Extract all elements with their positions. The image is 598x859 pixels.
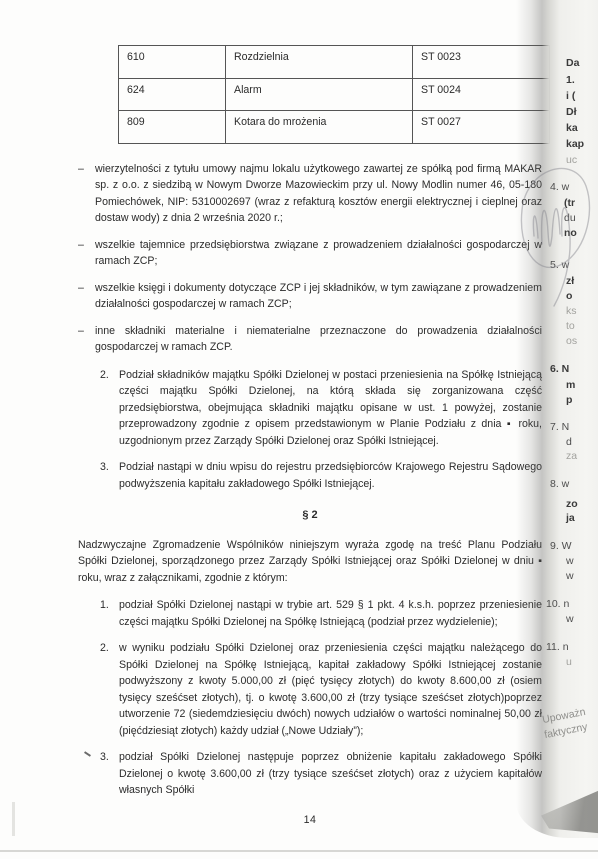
side-fragment: 8. w <box>550 478 569 490</box>
table-row: 610 Rozdzielnia ST 0023 <box>119 46 550 79</box>
side-fragment: 7. N <box>550 421 569 433</box>
page-number: 14 <box>78 812 542 829</box>
side-fragment: d <box>566 436 572 448</box>
bullet-item: – inne składniki materialne i niemateria… <box>78 323 542 356</box>
table-row: 624 Alarm ST 0024 <box>119 78 550 111</box>
side-fragment: w <box>566 555 574 567</box>
item-text: Podział nastąpi w dniu wpisu do rejestru… <box>119 459 542 492</box>
item-text: Podział składników majątku Spółki Dzielo… <box>119 367 542 450</box>
side-fragment: u <box>566 656 572 668</box>
bullet-text: inne składniki materialne i niematerialn… <box>95 323 542 356</box>
side-fragment: 10. n <box>546 598 569 610</box>
side-fragment: m <box>566 379 575 391</box>
side-fragment: to <box>566 320 575 332</box>
bullet-item: – wszelkie księgi i dokumenty dotyczące … <box>78 280 542 313</box>
item-text: w wyniku podziału Spółki Dzielonej oraz … <box>119 640 542 739</box>
side-fragment: ja <box>566 512 575 524</box>
side-fragment: Dł <box>566 106 577 118</box>
side-fragment: zo <box>566 498 578 510</box>
numbered-list-2: 1. podział Spółki Dzielonej nastąpi w tr… <box>100 597 542 799</box>
item-text: podział Spółki Dzielonej nastąpi w trybi… <box>119 597 542 630</box>
numbered-item: 2. w wyniku podziału Spółki Dzielonej or… <box>100 640 542 739</box>
numbered-item: 2. Podział składników majątku Spółki Dzi… <box>100 367 542 450</box>
scan-smudge <box>12 802 15 836</box>
side-fragment: ka <box>566 122 578 134</box>
item-number: 1. <box>100 597 119 630</box>
bullet-text: wszelkie księgi i dokumenty dotyczące ZC… <box>95 280 542 313</box>
dash-marker: – <box>78 237 95 270</box>
scan-bottom-edge-line <box>0 850 598 852</box>
item-text: podział Spółki Dzielonej następuje poprz… <box>119 749 542 799</box>
side-fragment: os <box>566 335 577 347</box>
bullet-list: – wierzytelności z tytułu umowy najmu lo… <box>78 161 542 356</box>
section-intro: Nadzwyczajne Zgromadzenie Wspólników nin… <box>78 537 542 587</box>
side-fragment: w <box>566 570 574 582</box>
side-fragment: 1. <box>566 74 575 86</box>
bullet-text: wszelkie tajemnice przedsiębiorstwa zwią… <box>95 237 542 270</box>
document-body: 610 Rozdzielnia ST 0023 624 Alarm ST 002… <box>78 45 542 828</box>
item-number: 2. <box>100 640 119 739</box>
item-number: 3. <box>100 749 119 799</box>
page-curl: Da 1. i ( Dł ka kap uc 4. w (tr du no 5.… <box>516 0 598 838</box>
numbered-item: 1. podział Spółki Dzielonej nastąpi w tr… <box>100 597 542 630</box>
signature-scribble <box>508 140 598 320</box>
item-number: 2. <box>100 367 119 450</box>
item-number: 3. <box>100 459 119 492</box>
section-heading: § 2 <box>78 507 542 524</box>
cell-asset-id: 610 <box>119 46 226 79</box>
side-fragment: za <box>566 450 577 462</box>
bullet-text: wierzytelności z tytułu umowy najmu loka… <box>95 161 542 227</box>
side-fragment: 9. W <box>550 540 572 552</box>
table-row: 809 Kotara do mrożenia ST 0027 <box>119 111 550 144</box>
cell-asset-name: Rozdzielnia <box>226 46 413 79</box>
bullet-item: – wierzytelności z tytułu umowy najmu lo… <box>78 161 542 227</box>
dash-marker: – <box>78 280 95 313</box>
numbered-item: 3. podział Spółki Dzielonej następuje po… <box>100 749 542 799</box>
side-fragment: 6. N <box>550 363 569 375</box>
scanned-document-page: 610 Rozdzielnia ST 0023 624 Alarm ST 002… <box>0 0 598 859</box>
side-fragment: 11. n <box>546 641 569 653</box>
side-fragment: w <box>566 613 574 625</box>
cell-asset-id: 624 <box>119 78 226 111</box>
dash-marker: – <box>78 323 95 356</box>
dash-marker: – <box>78 161 95 227</box>
cell-asset-id: 809 <box>119 111 226 144</box>
side-fragment: Da <box>566 57 579 69</box>
numbered-list-1: 2. Podział składników majątku Spółki Dzi… <box>100 367 542 493</box>
asset-table: 610 Rozdzielnia ST 0023 624 Alarm ST 002… <box>118 45 550 144</box>
bullet-item: – wszelkie tajemnice przedsiębiorstwa zw… <box>78 237 542 270</box>
numbered-item: 3. Podział nastąpi w dniu wpisu do rejes… <box>100 459 542 492</box>
side-fragment: i ( <box>566 90 575 102</box>
side-fragment: p <box>566 394 572 406</box>
cell-asset-name: Kotara do mrożenia <box>226 111 413 144</box>
cell-asset-name: Alarm <box>226 78 413 111</box>
